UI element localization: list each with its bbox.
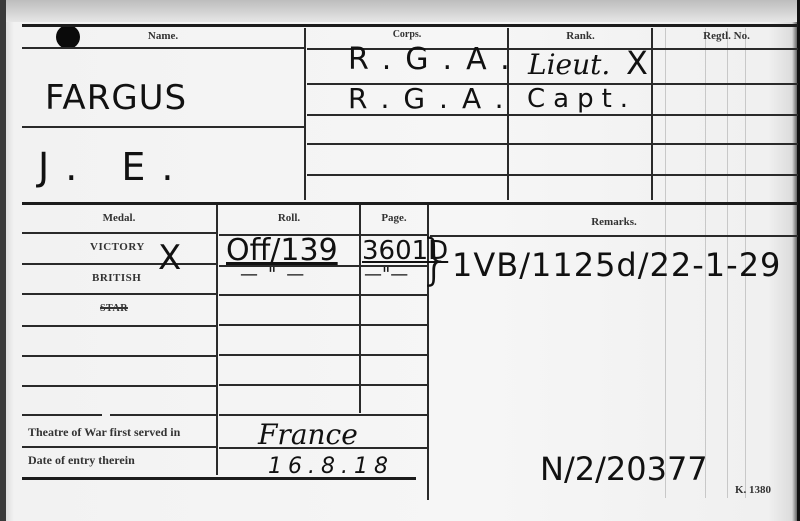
theatre-value: France [258, 418, 358, 451]
row-line [307, 174, 798, 176]
section-divider [22, 202, 798, 205]
reference-number: N/2/20377 [540, 450, 708, 488]
medal-header: Medal. [22, 212, 216, 224]
row-line [219, 414, 427, 416]
row-line [219, 354, 427, 356]
row-line [219, 324, 427, 326]
date-label: Date of entry therein [28, 453, 135, 468]
row-line [22, 446, 216, 448]
corps-row-2: R.G.A. [348, 82, 518, 115]
rank-row-1: Lieut. [528, 48, 610, 81]
col-divider [359, 205, 361, 413]
page-header: Page. [361, 212, 427, 224]
row-line [22, 414, 102, 416]
date-value: 16.8.18 [268, 454, 394, 479]
roll-header: Roll. [219, 212, 359, 224]
row-line [22, 263, 216, 265]
top-border [22, 24, 798, 27]
row-line [110, 414, 216, 416]
row-line [307, 143, 798, 145]
form-number: K. 1380 [735, 484, 771, 496]
row-line [22, 325, 216, 327]
name-divider [22, 126, 304, 128]
row-line [22, 355, 216, 357]
rank-check-mark: X [626, 44, 648, 82]
remarks-text: 1VB/1125d/22-1-29 [452, 246, 781, 284]
row-line [219, 294, 427, 296]
remarks-header: Remarks. [430, 216, 798, 228]
initials: J. E. [38, 145, 189, 189]
corps-row-1: R.G.A. [348, 42, 524, 77]
rank-row-2: Capt. [527, 84, 636, 114]
brace: } [418, 228, 452, 291]
victory-check-mark: X [158, 238, 181, 278]
regtl-no-header: Regtl. No. [655, 30, 798, 42]
card-left-edge [0, 0, 6, 521]
name-header: Name. [22, 30, 304, 42]
row-line [219, 384, 427, 386]
theatre-label: Theatre of War first served in [28, 425, 180, 440]
col-divider [304, 28, 306, 200]
corps-header: Corps. [307, 29, 507, 40]
surname: FARGUS [45, 78, 187, 118]
medal-star-struck: STAR [100, 303, 128, 314]
medal-victory: VICTORY [90, 241, 145, 253]
page-british-ditto: —"— [364, 264, 408, 285]
name-header-line [22, 47, 304, 49]
medal-header-line [22, 232, 216, 234]
row-line [22, 385, 216, 387]
medal-index-card: Name. Corps. Rank. Regtl. No. FARGUS J. … [0, 0, 800, 521]
remarks-header-line [430, 235, 798, 237]
card-top-edge [0, 0, 800, 22]
roll-british-ditto: —"— [240, 264, 314, 285]
roll-victory: Off/139 [226, 233, 338, 268]
col-divider [216, 205, 218, 475]
row-line [22, 293, 216, 295]
medal-british: BRITISH [92, 272, 141, 284]
rank-header: Rank. [510, 30, 651, 42]
col-divider [651, 28, 653, 200]
